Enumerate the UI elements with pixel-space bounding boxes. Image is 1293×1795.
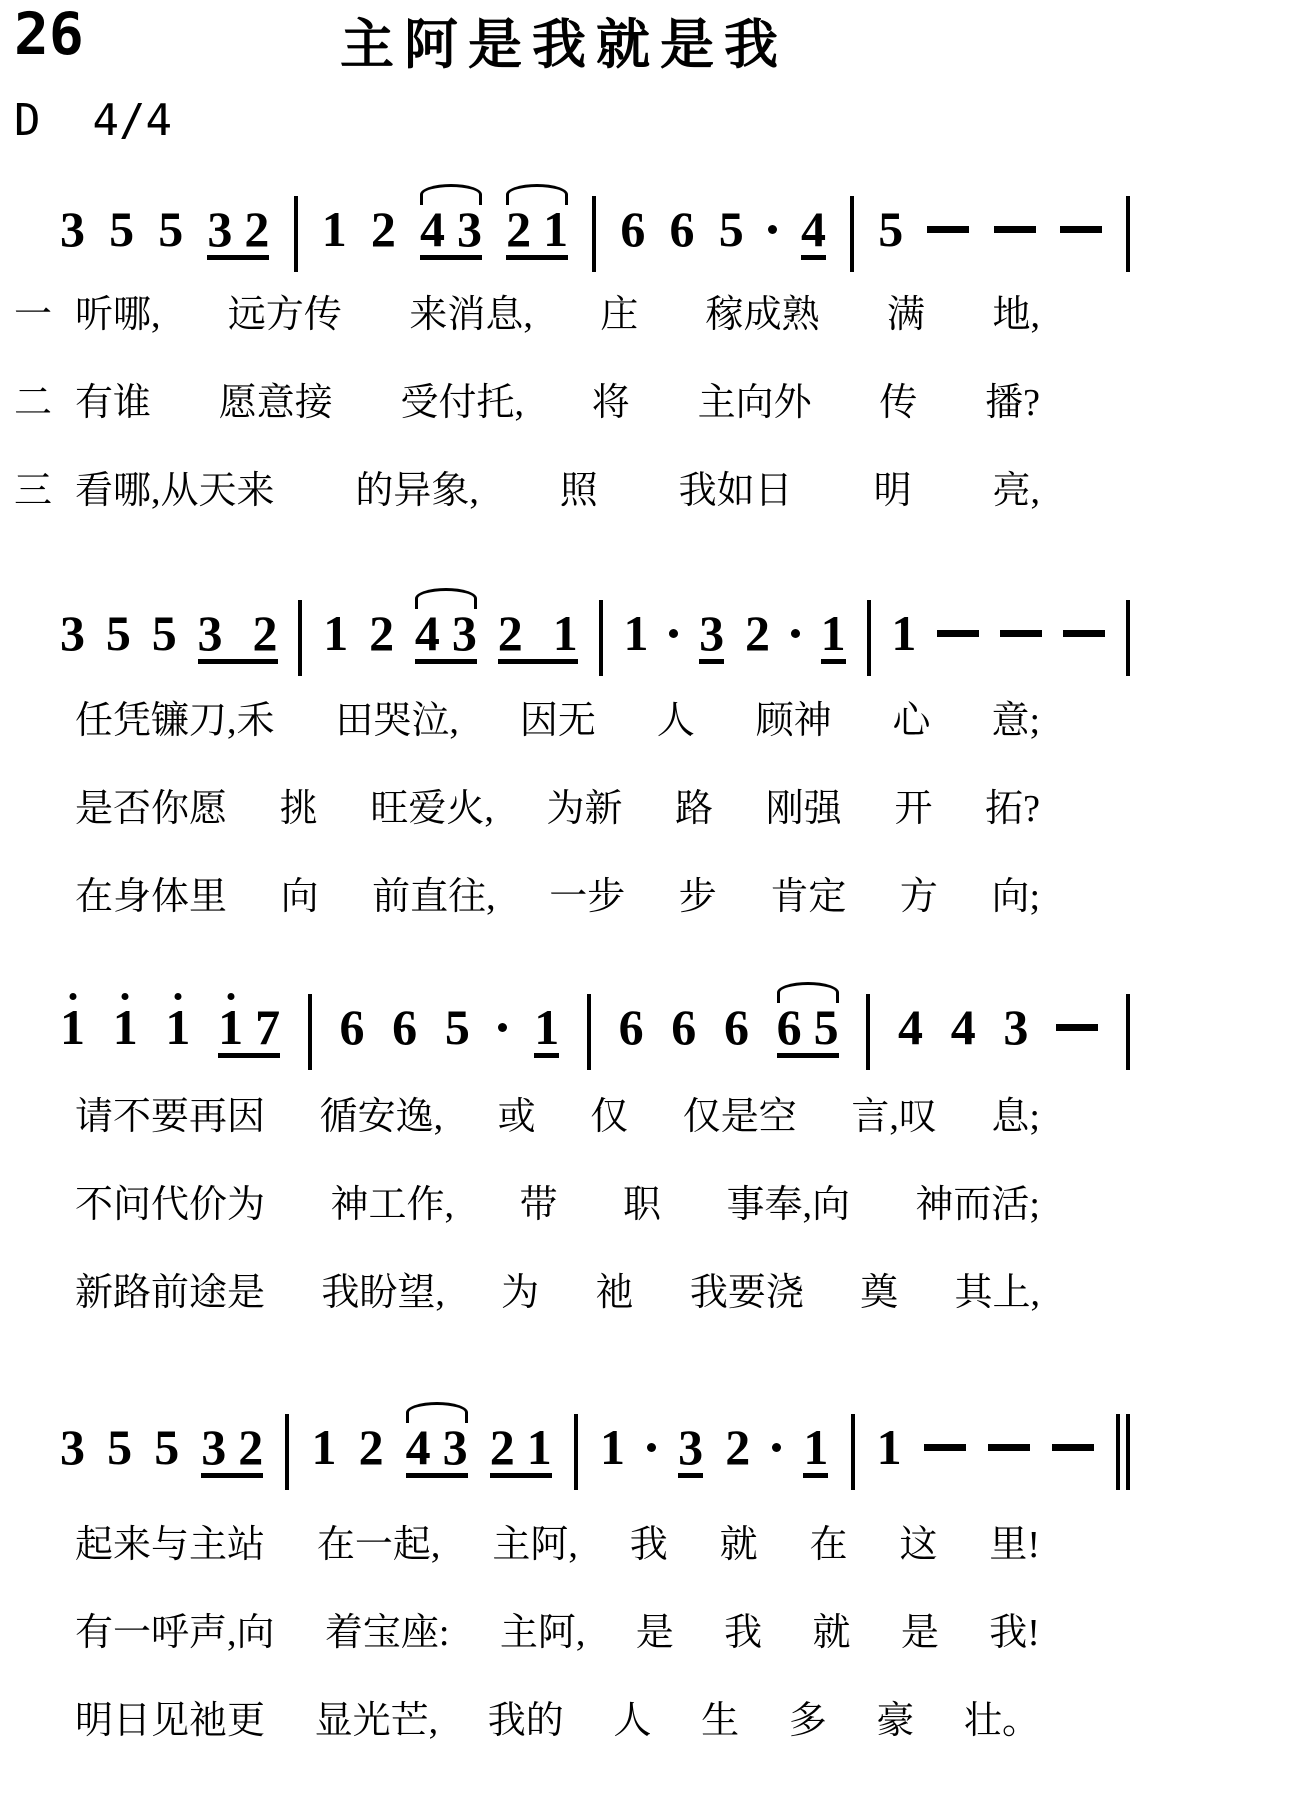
lyric-segment: 循安逸, (320, 1092, 444, 1142)
note-group: 2 (359, 1426, 384, 1468)
note-group: 3 (60, 1426, 85, 1468)
lyric-row: 二有谁愿意接受付托,将主向外传播? (14, 378, 1293, 428)
lyric-segment: 生 (701, 1696, 739, 1746)
lyric-segments: 请不要再因循安逸,或仅仅是空言,叹息; (75, 1092, 1040, 1142)
augmentation-dot (791, 629, 800, 638)
note-group: 1 (821, 612, 846, 664)
verse-number: 三 (14, 466, 52, 516)
header: 26 主阿是我就是我 (0, 0, 1293, 80)
note: 3 (60, 612, 85, 654)
lyric-segment: 心 (893, 696, 931, 746)
note-group: 5 (445, 1006, 470, 1048)
lyric-block-2: 任凭镰刀,禾田哭泣,因无人顾神心意;是否你愿挑旺爱火,为新路刚强开拓?在身体里向… (14, 696, 1293, 922)
lyric-segment: 或 (498, 1092, 536, 1142)
lyric-segment: 我如日 (679, 466, 793, 516)
note-group: 6 (670, 208, 695, 250)
note: 3 (457, 208, 482, 250)
verse-number: 一 (14, 290, 52, 340)
key-signature: D (14, 95, 41, 146)
note-group: 17 (218, 1006, 280, 1058)
lyric-row: 请不要再因循安逸,或仅仅是空言,叹息; (14, 1092, 1293, 1142)
lyric-segment: 神工作, (330, 1180, 454, 1230)
lyric-segments: 起来与主站在一起,主阿,我就在这里! (75, 1520, 1040, 1570)
note: 2 (725, 1426, 750, 1468)
note: 3 (60, 1426, 85, 1468)
lyric-segment: 显光芒, (315, 1696, 439, 1746)
lyric-segment: 愿意接 (219, 378, 333, 428)
note-group: 5 (878, 208, 903, 250)
note: 6 (777, 1006, 802, 1048)
lyric-segment: 我 (630, 1520, 668, 1570)
note: 6 (620, 208, 645, 250)
note-group: 5 (152, 612, 177, 654)
music-line-4: 3553212432113211 (60, 1394, 1130, 1484)
barline (851, 1414, 855, 1490)
note: 1 (803, 1426, 828, 1468)
note-high-octave: 1 (60, 1006, 85, 1048)
verse-number: 二 (14, 378, 52, 428)
note-group: 1 (113, 1006, 138, 1048)
note: 4 (801, 208, 826, 250)
lyric-segment: 的异象, (355, 466, 479, 516)
duration-dash (1000, 630, 1042, 637)
note-group: 2 (371, 208, 396, 250)
note: 4 (951, 1006, 976, 1048)
note-group: 1 (322, 208, 347, 250)
time-signature: 4/4 (93, 95, 172, 146)
note: 7 (255, 1006, 280, 1048)
lyric-segments: 任凭镰刀,禾田哭泣,因无人顾神心意; (75, 696, 1040, 746)
barline (867, 600, 871, 676)
note-group: 2 (725, 1426, 750, 1468)
lyric-segment: 播? (985, 378, 1040, 428)
note-group: 1 (311, 1426, 336, 1468)
lyric-segments: 在身体里向前直往,一步步肯定方向; (75, 872, 1040, 922)
note: 3 (452, 612, 477, 654)
note-high-octave: 1 (165, 1006, 190, 1048)
lyric-segment: 照 (560, 466, 598, 516)
lyric-segment: 刚强 (766, 784, 842, 834)
lyric-segment: 地, (992, 290, 1040, 340)
lyric-segment: 神而活; (915, 1180, 1040, 1230)
lyric-block-3: 请不要再因循安逸,或仅仅是空言,叹息;不问代价为神工作,带职事奉,向神而活;新路… (14, 1092, 1293, 1318)
note-group: 1 (891, 612, 916, 654)
note-high-octave: 1 (113, 1006, 138, 1048)
note: 2 (238, 1426, 263, 1468)
lyric-segment: 仅 (590, 1092, 628, 1142)
note: 2 (359, 1426, 384, 1468)
note-group: 4 (951, 1006, 976, 1048)
note-group: 5 (719, 208, 744, 250)
note: 5 (109, 208, 134, 250)
lyric-segment: 有谁 (75, 378, 151, 428)
note: 3 (207, 208, 232, 250)
barline (587, 994, 591, 1070)
lyric-segment: 带 (519, 1180, 557, 1230)
note: 2 (244, 208, 269, 250)
note-group: 6 (671, 1006, 696, 1048)
lyric-segment: 为新 (546, 784, 622, 834)
note-group: 32 (198, 612, 278, 664)
barline (866, 994, 870, 1070)
lyric-segment: 言,叹 (851, 1092, 937, 1142)
note-group: 1 (623, 612, 648, 654)
barline (1126, 600, 1130, 676)
note: 3 (60, 208, 85, 250)
lyric-segment: 步 (679, 872, 717, 922)
lyric-segment: 就 (813, 1608, 851, 1658)
note-group: 32 (201, 1426, 263, 1478)
note-group: 3 (60, 208, 85, 250)
lyric-segment: 人 (657, 696, 695, 746)
note: 4 (898, 1006, 923, 1048)
note: 6 (392, 1006, 417, 1048)
note: 1 (877, 1426, 902, 1468)
note-group: 1 (803, 1426, 828, 1478)
lyric-segment: 一步 (549, 872, 625, 922)
lyric-segment: 祂 (595, 1268, 633, 1318)
note-group: 2 (369, 612, 394, 654)
hymn-number: 26 (14, 0, 84, 68)
note-group: 6 (339, 1006, 364, 1048)
lyric-segment: 就 (720, 1520, 758, 1570)
lyric-segment: 听哪, (75, 290, 161, 340)
lyric-segments: 看哪,从天来的异象,照我如日明亮, (75, 466, 1040, 516)
lyric-segment: 主阿, (492, 1520, 578, 1570)
note: 3 (201, 1426, 226, 1468)
note: 1 (534, 1006, 559, 1048)
note: 1 (891, 612, 916, 654)
hymn-title: 主阿是我就是我 (340, 2, 788, 79)
note-group: 3 (678, 1426, 703, 1478)
barline (285, 1414, 289, 1490)
lyric-segment: 远方传 (228, 290, 342, 340)
note: 6 (339, 1006, 364, 1048)
note: 5 (719, 208, 744, 250)
lyric-segment: 职 (623, 1180, 661, 1230)
lyric-segment: 我 (724, 1608, 762, 1658)
note: 2 (490, 1426, 515, 1468)
lyric-segment: 看哪,从天来 (75, 466, 275, 516)
note-group: 6 (724, 1006, 749, 1048)
lyric-row: 是否你愿挑旺爱火,为新路刚强开拓? (14, 784, 1293, 834)
note: 5 (154, 1426, 179, 1468)
lyric-segment: 田哭泣, (335, 696, 459, 746)
note-group-slurred: 21 (506, 208, 568, 260)
note: 4 (406, 1426, 431, 1468)
lyric-segment: 我的 (488, 1696, 564, 1746)
note-group: 5 (158, 208, 183, 250)
note-group: 4 (898, 1006, 923, 1048)
score: 3553212432166545一听哪,远方传来消息,庄稼成熟满地,二有谁愿意接… (0, 176, 1293, 1746)
lyric-segment: 将 (592, 378, 630, 428)
lyric-segment: 为 (501, 1268, 539, 1318)
note-group: 1 (534, 1006, 559, 1058)
lyric-segment: 不问代价为 (75, 1180, 265, 1230)
note-group: 2 (745, 612, 770, 654)
lyric-segment: 在一起, (317, 1520, 441, 1570)
note: 2 (371, 208, 396, 250)
lyric-segment: 有一呼声,向 (75, 1608, 275, 1658)
note-group: 6 (620, 208, 645, 250)
music-line-1: 3553212432166545 (60, 176, 1130, 266)
note-group: 3 (60, 612, 85, 654)
lyric-row: 任凭镰刀,禾田哭泣,因无人顾神心意; (14, 696, 1293, 746)
note: 5 (445, 1006, 470, 1048)
lyric-segment: 受付托, (401, 378, 525, 428)
lyric-row: 不问代价为神工作,带职事奉,向神而活; (14, 1180, 1293, 1230)
note: 1 (623, 612, 648, 654)
note-group: 1 (600, 1426, 625, 1468)
lyric-segments: 新路前途是我盼望,为祂我要浇奠其上, (75, 1268, 1040, 1318)
duration-dash (1052, 1444, 1094, 1451)
duration-dash (1056, 1024, 1098, 1031)
note: 6 (619, 1006, 644, 1048)
lyric-segment: 路 (675, 784, 713, 834)
note-group: 21 (490, 1426, 552, 1478)
lyric-row: 明日见祂更显光芒,我的人生多豪壮。 (14, 1696, 1293, 1746)
lyric-segment: 里! (989, 1520, 1040, 1570)
note: 5 (878, 208, 903, 250)
note: 3 (678, 1426, 703, 1468)
note: 4 (420, 208, 445, 250)
lyric-segment: 在 (810, 1520, 848, 1570)
note: 5 (152, 612, 177, 654)
lyric-segment: 满 (887, 290, 925, 340)
note-group: 5 (154, 1426, 179, 1468)
note-group: 5 (107, 1426, 132, 1468)
note-high-octave: 1 (218, 1006, 243, 1048)
lyric-segment: 方 (900, 872, 938, 922)
lyric-segment: 多 (789, 1696, 827, 1746)
lyric-segment: 因无 (520, 696, 596, 746)
lyric-block-4: 起来与主站在一起,主阿,我就在这里!有一呼声,向着宝座:主阿,是我就是我!明日见… (14, 1520, 1293, 1746)
barline (574, 1414, 578, 1490)
note-group: 1 (323, 612, 348, 654)
music-line-2: 3553212432113211 (60, 580, 1130, 670)
lyric-segment: 壮。 (964, 1696, 1040, 1746)
lyric-segment: 息; (991, 1092, 1040, 1142)
barline (599, 600, 603, 676)
note: 2 (506, 208, 531, 250)
note-group-slurred: 43 (420, 208, 482, 260)
augmentation-dot (647, 1443, 656, 1452)
duration-dash (1060, 226, 1102, 233)
note: 1 (821, 612, 846, 654)
note-group: 1 (60, 1006, 85, 1048)
note: 4 (415, 612, 440, 654)
lyric-segment: 仅是空 (683, 1092, 797, 1142)
barline (592, 196, 596, 272)
lyric-segment: 人 (613, 1696, 651, 1746)
note: 1 (323, 612, 348, 654)
lyric-segment: 是 (636, 1608, 674, 1658)
note: 5 (107, 1426, 132, 1468)
note: 5 (106, 612, 131, 654)
lyric-segment: 豪 (876, 1696, 914, 1746)
note-group: 3 (699, 612, 724, 664)
note: 2 (745, 612, 770, 654)
note: 1 (600, 1426, 625, 1468)
note: 3 (443, 1426, 468, 1468)
lyric-segment: 开 (894, 784, 932, 834)
augmentation-dot (669, 629, 678, 638)
lyric-row: 有一呼声,向着宝座:主阿,是我就是我! (14, 1608, 1293, 1658)
note-group: 6 (619, 1006, 644, 1048)
note: 3 (699, 612, 724, 654)
note: 6 (724, 1006, 749, 1048)
note: 2 (498, 612, 523, 654)
lyric-segments: 是否你愿挑旺爱火,为新路刚强开拓? (75, 784, 1040, 834)
lyric-segment: 我要浇 (690, 1268, 804, 1318)
lyric-segment: 我! (989, 1608, 1040, 1658)
augmentation-dot (498, 1023, 507, 1032)
note-group: 1 (165, 1006, 190, 1048)
lyric-row: 三看哪,从天来的异象,照我如日明亮, (14, 466, 1293, 516)
final-barline (1116, 1414, 1120, 1490)
lyric-segment: 来消息, (409, 290, 533, 340)
lyric-segments: 听哪,远方传来消息,庄稼成熟满地, (75, 290, 1040, 340)
hymn-sheet-page: 26 主阿是我就是我 D 4/4 3553212432166545一听哪,远方传… (0, 0, 1293, 1795)
lyric-segment: 这 (899, 1520, 937, 1570)
lyric-segment: 主阿, (500, 1608, 586, 1658)
note-group-slurred: 65 (777, 1006, 839, 1058)
barline (1126, 196, 1130, 272)
note-group: 32 (207, 208, 269, 260)
lyric-segment: 我盼望, (321, 1268, 445, 1318)
note-group-slurred: 43 (406, 1426, 468, 1478)
lyric-segment: 奠 (860, 1268, 898, 1318)
augmentation-dot (772, 1443, 781, 1452)
lyric-segment: 拓? (985, 784, 1040, 834)
lyric-segment: 旺爱火, (370, 784, 494, 834)
duration-dash (927, 226, 969, 233)
note-group: 3 (1003, 1006, 1028, 1048)
barline (850, 196, 854, 272)
note-group: 21 (498, 612, 578, 664)
lyric-segment: 明 (874, 466, 912, 516)
note-group: 5 (109, 208, 134, 250)
lyric-segment: 着宝座: (325, 1608, 450, 1658)
music-line-3: 11117665166665443 (60, 974, 1130, 1064)
lyric-row: 一听哪,远方传来消息,庄稼成熟满地, (14, 290, 1293, 340)
barline (298, 600, 302, 676)
lyric-block-1: 一听哪,远方传来消息,庄稼成熟满地,二有谁愿意接受付托,将主向外传播?三看哪,从… (14, 290, 1293, 516)
note-group: 5 (106, 612, 131, 654)
duration-dash (1063, 630, 1105, 637)
lyric-row: 起来与主站在一起,主阿,我就在这里! (14, 1520, 1293, 1570)
note-group: 1 (877, 1426, 902, 1468)
lyric-segment: 事奉,向 (726, 1180, 850, 1230)
key-signature-line: D 4/4 (14, 96, 1293, 144)
barline (294, 196, 298, 272)
duration-dash (924, 1444, 966, 1451)
lyric-segments: 明日见祂更显光芒,我的人生多豪壮。 (75, 1696, 1040, 1746)
lyric-segment: 意; (991, 696, 1040, 746)
duration-dash (994, 226, 1036, 233)
duration-dash (937, 630, 979, 637)
note-group: 6 (392, 1006, 417, 1048)
lyric-segment: 主向外 (698, 378, 812, 428)
lyric-segment: 是否你愿 (75, 784, 227, 834)
note: 2 (369, 612, 394, 654)
lyric-segment: 稼成熟 (706, 290, 820, 340)
barline (1126, 994, 1130, 1070)
lyric-segments: 不问代价为神工作,带职事奉,向神而活; (75, 1180, 1040, 1230)
note: 3 (198, 612, 223, 654)
note: 1 (527, 1426, 552, 1468)
note: 1 (322, 208, 347, 250)
lyric-segment: 在身体里 (75, 872, 227, 922)
lyric-segment: 新路前途是 (75, 1268, 265, 1318)
note: 5 (814, 1006, 839, 1048)
lyric-segment: 请不要再因 (75, 1092, 265, 1142)
note-group-slurred: 43 (415, 612, 477, 664)
note: 1 (543, 208, 568, 250)
note: 1 (311, 1426, 336, 1468)
lyric-segment: 肯定 (770, 872, 846, 922)
lyric-segment: 亮, (992, 466, 1040, 516)
lyric-segment: 顾神 (756, 696, 832, 746)
barline (308, 994, 312, 1070)
lyric-segment: 挑 (280, 784, 318, 834)
lyric-segments: 有谁愿意接受付托,将主向外传播? (75, 378, 1040, 428)
lyric-segment: 向 (281, 872, 319, 922)
lyric-segment: 传 (879, 378, 917, 428)
lyric-row: 新路前途是我盼望,为祂我要浇奠其上, (14, 1268, 1293, 1318)
note: 6 (671, 1006, 696, 1048)
lyric-segment: 前直往, (372, 872, 496, 922)
note: 2 (253, 612, 278, 654)
note-group: 4 (801, 208, 826, 260)
lyric-segment: 明日见祂更 (75, 1696, 265, 1746)
lyric-segments: 有一呼声,向着宝座:主阿,是我就是我! (75, 1608, 1040, 1658)
note: 1 (553, 612, 578, 654)
augmentation-dot (768, 225, 777, 234)
lyric-segment: 任凭镰刀,禾 (75, 696, 275, 746)
note: 3 (1003, 1006, 1028, 1048)
duration-dash (988, 1444, 1030, 1451)
lyric-segment: 起来与主站 (75, 1520, 265, 1570)
lyric-segment: 向; (991, 872, 1040, 922)
lyric-segment: 其上, (954, 1268, 1040, 1318)
lyric-segment: 是 (901, 1608, 939, 1658)
lyric-segment: 庄 (600, 290, 638, 340)
note: 6 (670, 208, 695, 250)
note: 5 (158, 208, 183, 250)
lyric-row: 在身体里向前直往,一步步肯定方向; (14, 872, 1293, 922)
